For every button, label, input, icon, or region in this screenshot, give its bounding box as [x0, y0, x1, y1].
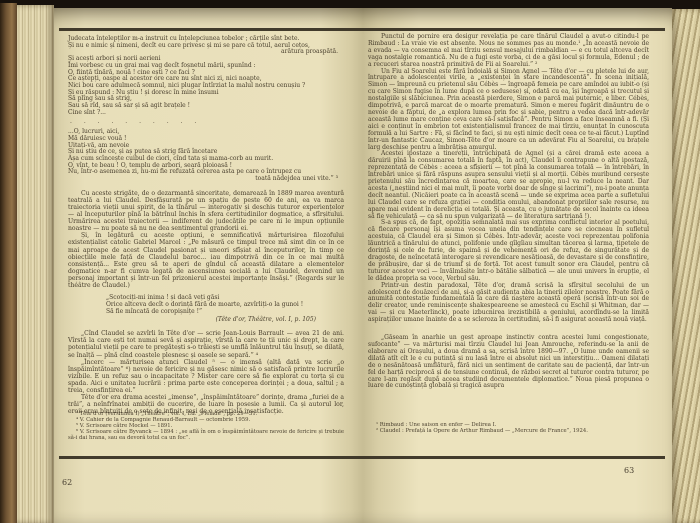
fore-edge-pages [672, 9, 700, 523]
right-page: Punctul de pornire era desigur revelația… [368, 34, 649, 390]
top-rule [59, 28, 665, 31]
paragraph: Acestei ipostaze a tinereții, întruchipa… [368, 151, 649, 220]
inset-quote: „Scotociți-mi inima ! și dacă veți găsi … [106, 295, 320, 324]
footnotes-left: ³ Tête d'or (versiunea I) „Théâtre”, vol… [68, 411, 344, 441]
paragraph: S-a spus că, de fapt, opoziția semnalată… [368, 220, 649, 282]
book-cover-edge [0, 3, 17, 523]
footnotes-right: ¹ Rimbaud : Une saison en enfer — Delire… [368, 422, 649, 434]
open-book-spread: Judecata înțelepților m-a instruit cu în… [54, 8, 672, 523]
page-number-left: 62 [62, 478, 72, 487]
paragraph: Cu aceste strigăte, de o dezarmantă sinc… [68, 190, 344, 233]
verse-line: toată nădejdea unei vite.” ³ [68, 176, 344, 183]
book-photo: Judecata înțelepților m-a instruit cu în… [0, 0, 700, 523]
left-page: Judecata înțelepților m-a instruit cu în… [68, 36, 344, 415]
paragraph: Un Fiu al Soarelui este fără îndoială și… [368, 69, 649, 152]
paragraph: Punctul de pornire era desigur revelația… [368, 34, 649, 69]
quote-line: Să fie mîncată de coropișnițe !” [106, 309, 320, 316]
page-stack-edges [17, 5, 54, 523]
paragraph: Printr-un destin paradoxal, Tête d'or, d… [368, 283, 649, 324]
paragraph: „Cînd Claudel se azvîrli în Tête d'or — … [68, 330, 344, 358]
verse-quote: Judecata înțelepților m-a instruit cu în… [68, 36, 344, 183]
footnote: ⁶ V. Scrisoare către Byvanck — 1894 : „s… [68, 429, 344, 441]
footnote: ² Claudel : Prefață la Opere de Arthur R… [368, 428, 649, 434]
verse-ellipsis-line: . . . . . . . . . . [70, 119, 344, 126]
paragraph: Și, în legătură cu aceste opțiuni, e sem… [68, 232, 344, 289]
quote-citation: (Tête d'or, Théâtre, vol. I, p. 105) [106, 317, 320, 324]
verse-line: Sau să rîd, sau să sar și să agit brațel… [68, 103, 344, 110]
paragraph: „Găseam în anarhie un gest aproape insti… [368, 335, 649, 390]
paragraph: „Încerc — mărturisea atunci Claudel ⁵ — … [68, 359, 344, 394]
page-number-right: 63 [624, 466, 634, 475]
bottom-rule [59, 456, 665, 459]
verse-line: Cine sînt ?... [68, 110, 344, 117]
